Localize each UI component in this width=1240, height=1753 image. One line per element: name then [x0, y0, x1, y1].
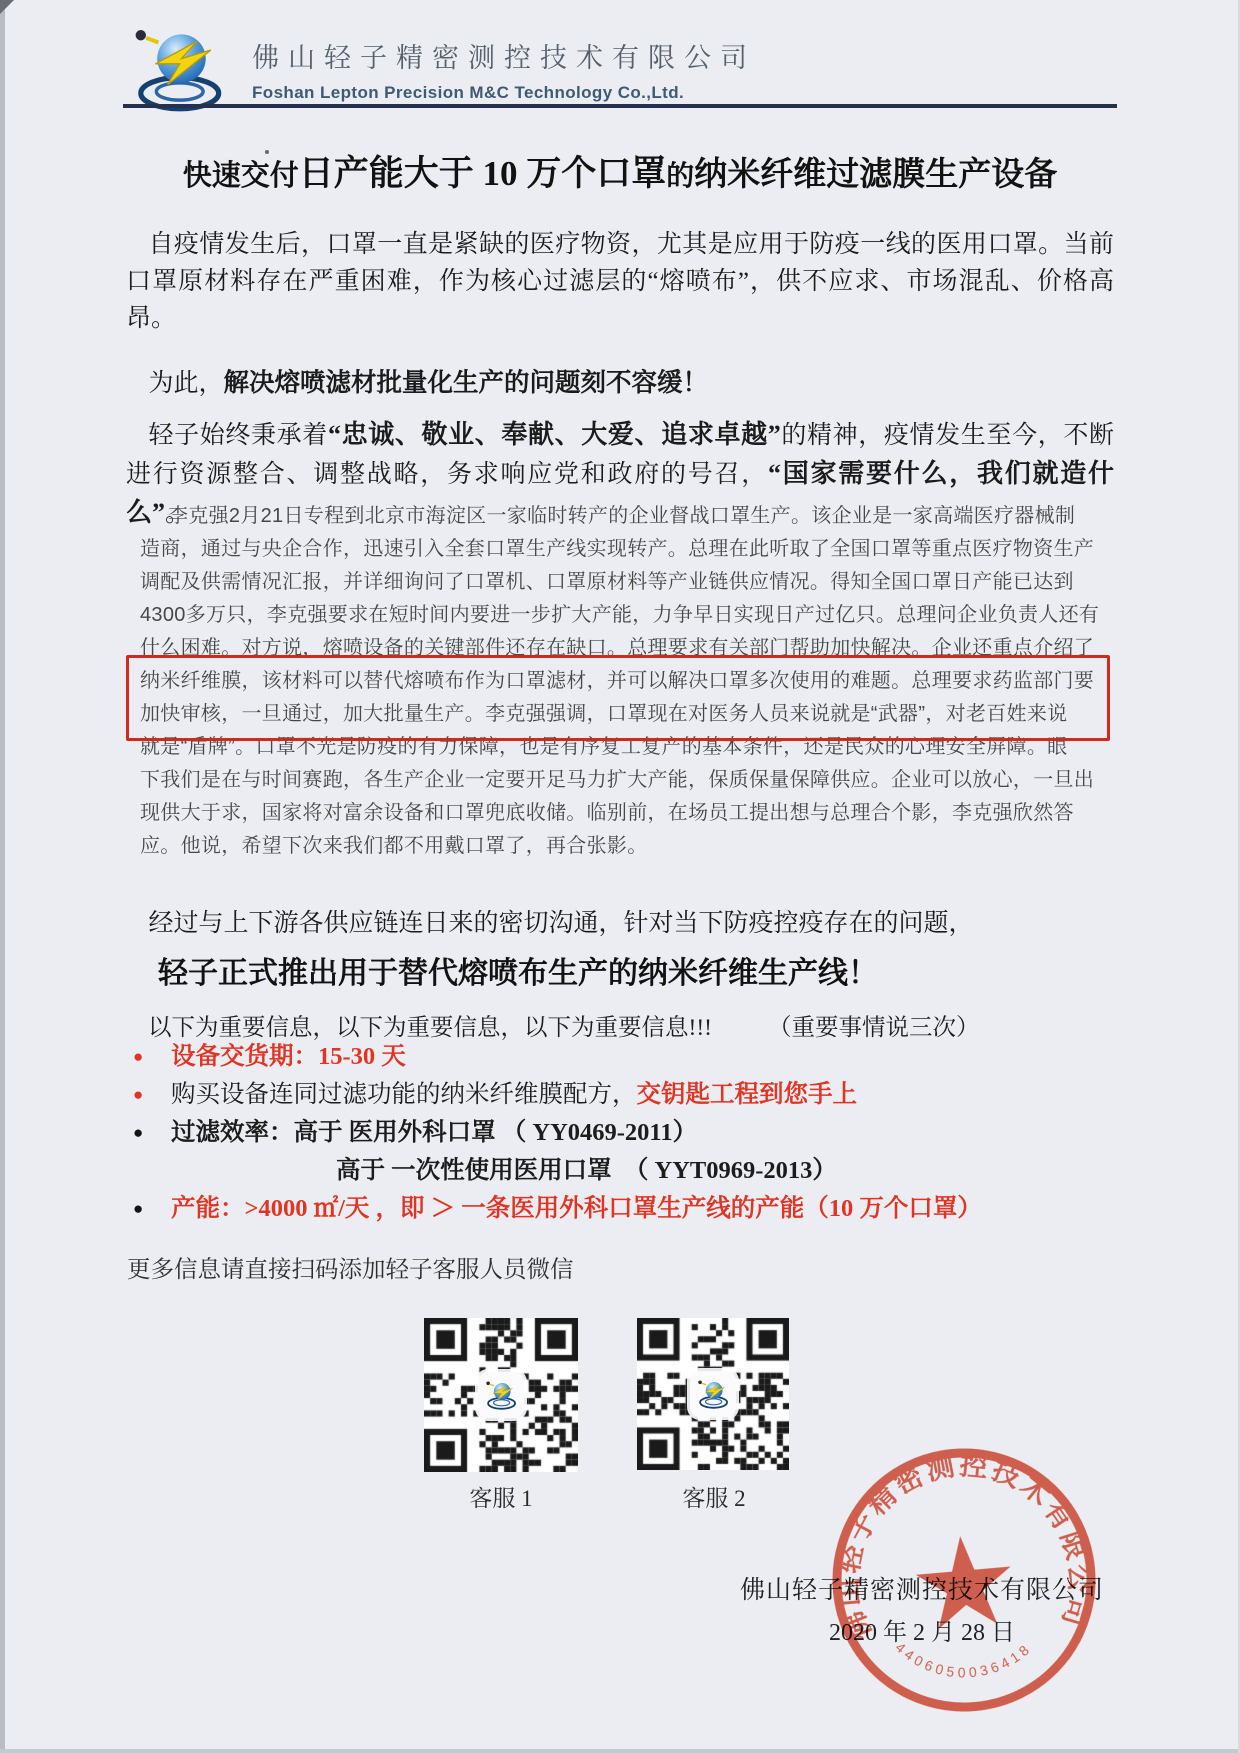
urgent-prefix: 为此， — [149, 370, 224, 397]
scanned-document-page: 佛山轻子精密测控技术有限公司 Foshan Lepton Precision M… — [0, 0, 1240, 1753]
intro-paragraph: 自疫情发生后，口罩一直是紧缺的医疗物资，尤其是应用于防疫一线的医用口罩。当前口罩… — [126, 226, 1114, 337]
delivery-time-text: 设备交货期：15-30 天 — [171, 1043, 406, 1070]
bullet-item-capacity: ● 产能：>4000 ㎡/天 ，即 ＞ 一条医用外科口罩生产线的产能（10 万个… — [133, 1192, 1133, 1226]
news-line: 调配及供需情况汇报，并详细询问了口罩机、口罩原材料等产业链供应情况。得知全国口罩… — [140, 566, 1092, 599]
important-notice: 以下为重要信息，以下为重要信息，以下为重要信息!!!（重要事情说三次） — [148, 1008, 979, 1042]
news-line: 下我们是在与时间赛跑，各生产企业一定要开足马力扩大产能，保质保量保障供应。企业可… — [140, 764, 1092, 797]
notice-text: 以下为重要信息，以下为重要信息，以下为重要信息!!! — [148, 1015, 712, 1041]
urgent-bold-text: 解决熔喷滤材批量化生产的问题刻不容缓！ — [224, 368, 709, 397]
qr-center-logo-icon — [478, 1372, 524, 1418]
stamp-star-icon — [913, 1532, 1016, 1630]
scan-edge-left — [0, 0, 5, 1753]
bullet-dot-icon: ● — [133, 1116, 153, 1150]
spirit-text: 轻子始终秉承着 — [149, 422, 328, 449]
news-line: 就是“盾牌”。口罩不光是防疫的有力保障，也是有序复工复产的基本条件，还是民众的心… — [140, 731, 1092, 764]
key-info-list: ● 设备交货期：15-30 天 ● 购买设备连同过滤功能的纳米纤维膜配方，交钥匙… — [133, 1040, 1133, 1230]
news-excerpt: 李克强2月21日专程到北京市海淀区一家临时转产的企业督战口罩生产。该企业是一家高… — [140, 500, 1092, 863]
turnkey-red-text: 交钥匙工程到您手上 — [637, 1081, 858, 1108]
company-name-cn: 佛山轻子精密测控技术有限公司 — [252, 36, 756, 75]
notice-aside: （重要事情说三次） — [768, 1015, 980, 1041]
title-segment: 纳米纤维过滤膜生产设备 — [694, 157, 1057, 193]
qr-code-service-1 — [424, 1318, 578, 1472]
qr-center-logo-icon — [690, 1371, 736, 1417]
company-logo-icon — [126, 24, 230, 114]
news-line: 4300多万只，李克强要求在短时间内要进一步扩大产能，力争早日实现日产过亿只。总… — [140, 599, 1092, 632]
qr-caption-2: 客服 2 — [637, 1480, 791, 1513]
launch-lead: 经过与上下游各供应链连日来的密切沟通，针对当下防疫控疫存在的问题， — [126, 905, 1114, 942]
filter-efficiency-line1: 过滤效率：高于 医用外科口罩 （ YY0469-2011） — [171, 1119, 697, 1146]
capacity-text: 产能：>4000 ㎡/天 ，即 ＞ 一条医用外科口罩生产线的产能（10 万个口罩… — [171, 1195, 982, 1222]
letterhead-text: 佛山轻子精密测控技术有限公司 Foshan Lepton Precision M… — [252, 24, 756, 103]
letterhead: 佛山轻子精密测控技术有限公司 Foshan Lepton Precision M… — [126, 24, 756, 114]
bullet-item-delivery: ● 设备交货期：15-30 天 — [133, 1040, 1133, 1074]
qr-caption-1: 客服 1 — [424, 1480, 578, 1513]
title-segment: 日产能大于 10 万个口罩 — [299, 154, 667, 193]
company-name-en: Foshan Lepton Precision M&C Technology C… — [252, 83, 756, 103]
news-line: 造商，通过与央企合作，迅速引入全套口罩生产线实现转产。总理在此听取了全国口罩等重… — [140, 533, 1092, 566]
bullet-item-turnkey: ● 购买设备连同过滤功能的纳米纤维膜配方，交钥匙工程到您手上 — [133, 1078, 1133, 1112]
bullet-dot-icon: ● — [133, 1192, 153, 1226]
svg-text:4406050036418: 4406050036418 — [891, 1628, 1036, 1687]
news-line: 纳米纤维膜，该材料可以替代熔喷布作为口罩滤材，并可以解决口罩多次使用的难题。总理… — [140, 665, 1092, 698]
news-line: 李克强2月21日专程到北京市海淀区一家临时转产的企业督战口罩生产。该企业是一家高… — [140, 500, 1092, 533]
news-line: 现供大于求，国家将对富余设备和口罩兜底收储。临别前，在场员工提出想与总理合个影，… — [140, 797, 1092, 830]
company-stamp: 佛山轻子精密测控技术有限公司 4406050036418 — [812, 1428, 1115, 1731]
news-line: 什么困难。对方说，熔喷设备的关键部件还存在缺口。总理要求有关部门帮助加快解决。企… — [140, 632, 1092, 665]
spirit-values-bold: “忠诚、敬业、奉献、大爱、追求卓越” — [328, 420, 781, 449]
bullet-dot-icon: ● — [133, 1040, 153, 1074]
turnkey-plain-text: 购买设备连同过滤功能的纳米纤维膜配方， — [171, 1081, 637, 1108]
news-line: 应。他说，希望下次来我们都不用戴口罩了，再合张影。 — [140, 830, 1092, 863]
more-info-text: 更多信息请直接扫码添加轻子客服人员微信 — [127, 1250, 574, 1284]
bullet-dot-icon: ● — [133, 1078, 153, 1112]
title-segment: 的 — [666, 161, 694, 192]
stamp-serial-number: 4406050036418 — [891, 1628, 1036, 1687]
letterhead-divider — [123, 104, 1117, 108]
launch-headline: 轻子正式推出用于替代熔喷布生产的纳米纤维生产线！ — [158, 948, 878, 992]
qr-code-service-2 — [637, 1318, 789, 1470]
title-segment: 快速交付 — [183, 160, 299, 192]
scan-corner-mark — [0, 0, 14, 14]
urgent-statement: 为此，解决熔喷滤材批量化生产的问题刻不容缓！ — [126, 364, 1114, 402]
document-title: 快速交付日产能大于 10 万个口罩的纳米纤维过滤膜生产设备 — [0, 146, 1240, 196]
bullet-item-filter-efficiency: ● 过滤效率：高于 医用外科口罩 （ YY0469-2011） 高于 一次性使用… — [133, 1116, 1133, 1188]
filter-efficiency-line2: 高于 一次性使用医用口罩 （ YYT0969-2013） — [336, 1154, 837, 1188]
news-line: 加快审核，一旦通过，加大批量生产。李克强强调，口罩现在对医务人员来说就是“武器”… — [140, 698, 1092, 731]
scan-edge-bottom — [0, 1749, 1240, 1753]
